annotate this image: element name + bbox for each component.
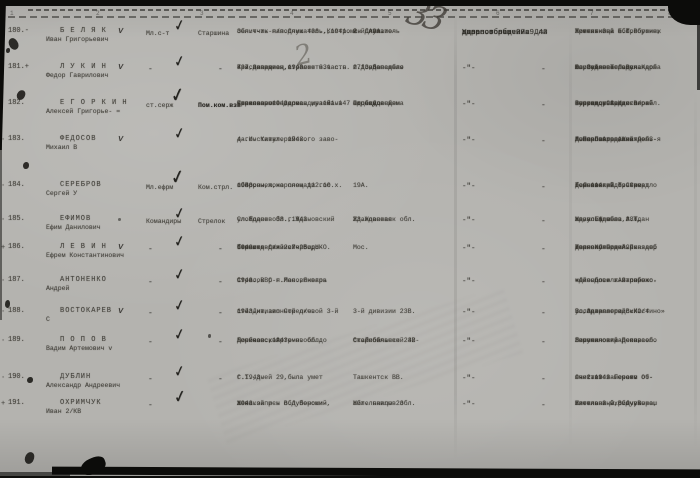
person-surname: Л Е В И Н bbox=[60, 244, 107, 252]
ink-blot bbox=[27, 377, 33, 383]
person-name-patronymic: Алексей Григорье- = bbox=[46, 108, 120, 116]
scan-edge-left bbox=[0, 140, 2, 320]
row-number: 185. bbox=[8, 216, 25, 224]
pen-checkmark-icon: ✓ bbox=[174, 302, 184, 312]
position-text: Пом.ком.взв bbox=[198, 102, 241, 110]
person-surname: ФЕДОСОВ bbox=[60, 136, 96, 144]
dash-mark: - bbox=[541, 66, 546, 74]
person-surname: П О П О В bbox=[60, 337, 107, 345]
row-number: 186. bbox=[8, 244, 25, 252]
row-number: 180.- bbox=[8, 28, 29, 36]
dash-mark: - bbox=[541, 30, 546, 38]
dash-mark: - bbox=[218, 279, 223, 287]
pen-premark: + bbox=[1, 401, 5, 409]
row-number: 189. bbox=[8, 337, 25, 345]
table-row: 181.+ Л У К И Н Федор Гаврилович v - ✓ -… bbox=[0, 64, 700, 104]
dash-mark: - bbox=[148, 310, 153, 318]
person-surname: Л У К И Н bbox=[60, 64, 107, 72]
person-name-patronymic: Александр Андреевич bbox=[46, 382, 120, 390]
person-name-patronymic: Вадим Артемович v bbox=[46, 345, 112, 353]
dash-mark: - bbox=[218, 246, 223, 254]
dash-mark: - bbox=[541, 339, 546, 347]
pen-checkmark-icon: ✓ bbox=[174, 394, 185, 404]
person-name-patronymic: Сергей У bbox=[46, 190, 77, 198]
column-number: 2 bbox=[96, 10, 100, 17]
dash-mark: - bbox=[541, 184, 546, 192]
row-number: 188. bbox=[8, 308, 25, 316]
column-number: 6 bbox=[496, 10, 500, 17]
person-name-patronymic: Федор Гаврилович bbox=[46, 72, 108, 80]
ink-blot bbox=[6, 48, 10, 53]
dash-mark: - bbox=[541, 402, 546, 410]
pen-checkmark-icon: ✓ bbox=[174, 271, 184, 281]
pen-check-small-icon: v bbox=[118, 136, 123, 144]
pen-checkmark-icon: ✓ bbox=[174, 22, 184, 32]
person-name-patronymic: Ефрем Константинович bbox=[46, 252, 124, 260]
pen-checkmark-icon: ✓ bbox=[171, 173, 184, 184]
rank-text: Мл.ефрм bbox=[146, 184, 173, 192]
scan-corner-top-right bbox=[668, 0, 700, 25]
ink-blot bbox=[23, 162, 29, 169]
ink-blot bbox=[24, 451, 36, 465]
dash-mark: - bbox=[148, 279, 153, 287]
dash-mark: - bbox=[541, 246, 546, 254]
pen-checkmark-icon: ✓ bbox=[174, 238, 184, 248]
pen-check-small-icon: v bbox=[118, 28, 123, 36]
pen-checkmark-icon: ✓ bbox=[174, 210, 184, 220]
column-number: 7 bbox=[590, 10, 594, 17]
pen-checkmark-icon: ✓ bbox=[171, 91, 184, 102]
person-surname: СЕРЕБРОВ bbox=[60, 182, 102, 190]
dash-mark: - bbox=[148, 402, 153, 410]
row-number: 190. bbox=[8, 374, 25, 382]
dash-mark: - bbox=[541, 138, 546, 146]
ink-blot bbox=[208, 334, 211, 338]
dash-mark: - bbox=[541, 376, 546, 384]
pen-checkmark-icon: ✓ bbox=[174, 331, 184, 341]
row-number: 184. bbox=[8, 182, 25, 190]
ink-blot bbox=[5, 300, 10, 308]
person-name-patronymic: Михаил В bbox=[46, 144, 77, 152]
dash-mark: - bbox=[541, 102, 546, 110]
row-number: 187. bbox=[8, 277, 25, 285]
person-name-patronymic: Ефим Данилович bbox=[46, 224, 101, 232]
dash-mark: - bbox=[541, 310, 546, 318]
scan-edge-bottom bbox=[52, 467, 700, 476]
ink-blot bbox=[118, 218, 121, 221]
pen-checkmark-icon: ✓ bbox=[174, 130, 184, 140]
person-name-patronymic: С bbox=[46, 316, 50, 324]
column-number: 1 bbox=[10, 10, 14, 17]
column-number: 3 bbox=[200, 10, 204, 17]
pen-check-small-icon: v bbox=[118, 64, 123, 72]
column-number: 5 bbox=[388, 10, 392, 17]
row-number: 182. bbox=[8, 100, 25, 108]
table-row: · 183. ФЕДОСОВ Михаил В v ✓ 4-го. Кавале… bbox=[0, 136, 700, 176]
person-surname: ОХРИМЧУК bbox=[60, 400, 102, 408]
rank-text: Мл.с-т bbox=[146, 30, 169, 38]
row-number: 191. bbox=[8, 400, 25, 408]
rank-text: ст.серж bbox=[146, 102, 173, 110]
dash-mark: - bbox=[148, 246, 153, 254]
person-surname: ДУБЛИН bbox=[60, 374, 91, 382]
person-name-patronymic: Иван Григорьевич bbox=[46, 36, 108, 44]
position-text: Старшина bbox=[198, 30, 229, 38]
person-surname: ВОСТОКАРЕВ bbox=[60, 308, 112, 316]
dash-mark: - bbox=[218, 66, 223, 74]
header-rule-top bbox=[28, 9, 696, 11]
scan-edge-top bbox=[0, 0, 700, 6]
dash-mark: - bbox=[148, 339, 153, 347]
dash-mark: - bbox=[541, 279, 546, 287]
dash-mark: - bbox=[541, 218, 546, 226]
pen-checkmark-icon: ✓ bbox=[174, 368, 184, 378]
person-surname: Б Е Л Я К bbox=[60, 28, 107, 36]
position-text: Стрелок bbox=[198, 218, 225, 226]
dash-mark: - bbox=[218, 339, 223, 347]
pen-checkmark-icon: ✓ bbox=[174, 58, 184, 68]
row-number: 183. bbox=[8, 136, 25, 144]
pen-check-small-icon: v bbox=[118, 244, 123, 252]
person-surname: АНТОНЕНКО bbox=[60, 277, 107, 285]
person-name-patronymic: Андрей bbox=[46, 285, 69, 293]
person-surname: Е Г О Р К И Н bbox=[60, 100, 128, 108]
person-name-patronymic: Иван 2/КВ bbox=[46, 408, 81, 416]
pen-premark: · bbox=[1, 375, 5, 383]
scanned-page: 1 2 3 4 5 6 7 8 33 2 180.- Б Е Л Я К Ива… bbox=[0, 0, 700, 476]
scan-edge-bottom bbox=[0, 472, 70, 476]
fold-crease bbox=[569, 20, 572, 450]
position-text: Ком.стрл. bbox=[198, 184, 233, 192]
table-row: 180.- Б Е Л Я К Иван Григорьевич v Мл.с-… bbox=[0, 28, 700, 68]
table-row: 182. Е Г О Р К И Н Алексей Григорье- = с… bbox=[0, 100, 700, 140]
person-surname: ЕФИМОВ bbox=[60, 216, 91, 224]
dash-mark: - bbox=[148, 376, 153, 384]
dash-mark: - bbox=[148, 66, 153, 74]
pen-check-small-icon: v bbox=[118, 308, 123, 316]
row-number: 181.+ bbox=[8, 64, 29, 72]
fold-crease bbox=[694, 90, 697, 450]
fold-crease bbox=[454, 8, 457, 460]
dash-mark: - bbox=[218, 310, 223, 318]
pen-premark: · bbox=[1, 338, 5, 346]
column-number: 4 bbox=[290, 10, 294, 17]
